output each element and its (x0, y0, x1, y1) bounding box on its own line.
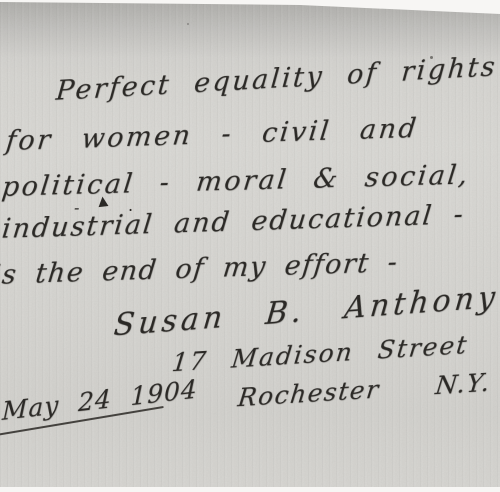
insertion-caret-icon: ▲ (97, 194, 109, 210)
address-state: N.Y. (434, 367, 493, 400)
insertion-dot-mark: . (128, 196, 133, 215)
ink-speck (187, 23, 189, 25)
paper-sheet: Perfect equality of rights for women - c… (0, 0, 500, 492)
ink-speck (430, 56, 433, 59)
insertion-dash-mark: - (74, 198, 79, 217)
document-photo: Perfect equality of rights for women - c… (0, 0, 500, 492)
insertion-mark-group: - ▲ . (74, 194, 144, 220)
